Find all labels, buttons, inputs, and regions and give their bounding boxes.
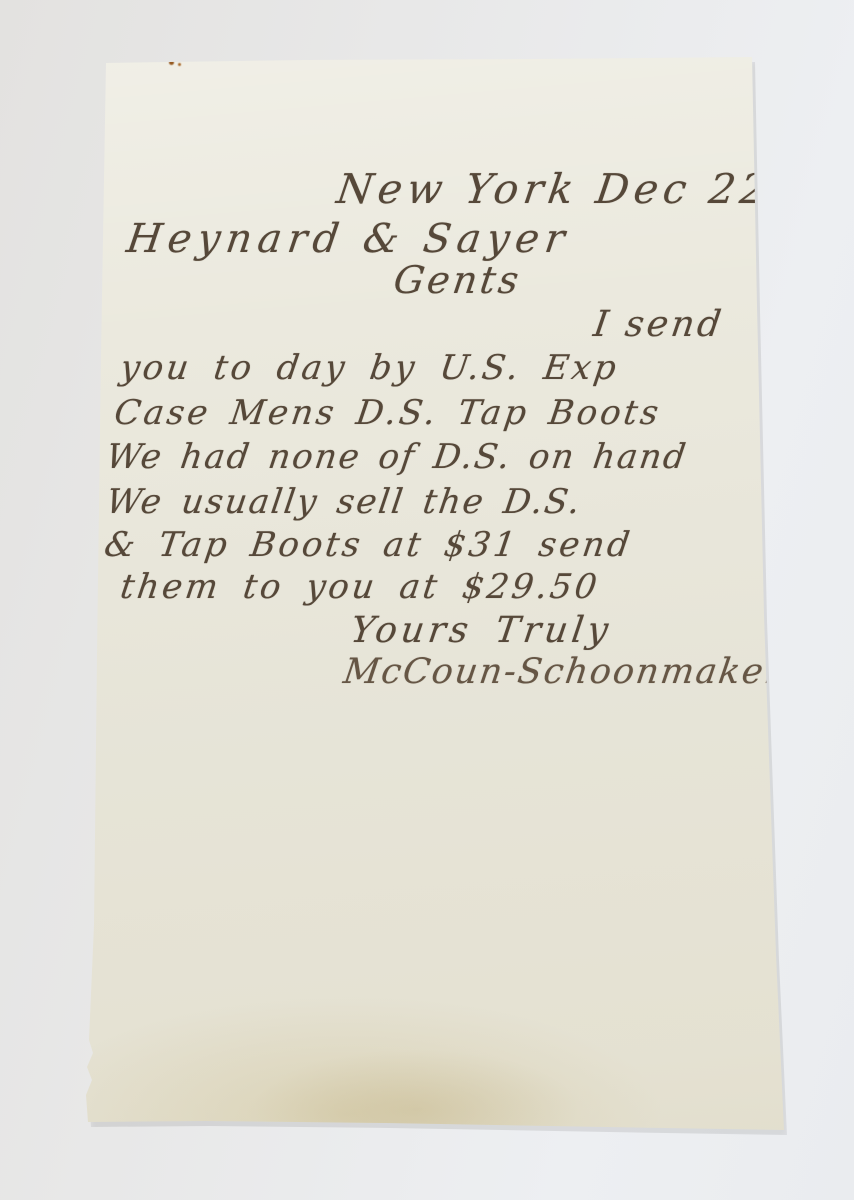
- letter-paper: New York Dec 22nd Heynard & Sayer Gents …: [86, 55, 786, 1135]
- line-body: you to day by U.S. Exp: [118, 350, 621, 387]
- line-salutation: Gents: [391, 260, 524, 302]
- foxing-spot: [178, 63, 181, 66]
- dateline-text: New York Dec 22: [334, 165, 775, 213]
- line-opening: I send: [591, 305, 726, 345]
- photo-backdrop: New York Dec 22nd Heynard & Sayer Gents …: [0, 0, 854, 1200]
- line-body: We usually sell the D.S.: [104, 484, 584, 521]
- line-body: Case Mens D.S. Tap Boots: [112, 395, 663, 432]
- dateline: New York Dec 22nd: [334, 167, 804, 212]
- age-stain: [86, 995, 666, 1135]
- dateline-ordinal: nd: [771, 170, 803, 194]
- line-body: them to you at $29.50: [118, 569, 602, 606]
- foxing-spot: [169, 60, 174, 65]
- line-body: & Tap Boots at $31 send: [102, 527, 635, 564]
- line-recipient: Heynard & Sayer: [124, 217, 573, 261]
- line-closing: Yours Truly: [348, 611, 614, 651]
- line-body: We had none of D.S. on hand: [104, 439, 690, 476]
- line-signature: McCoun-Schoonmaker &c: [341, 653, 854, 692]
